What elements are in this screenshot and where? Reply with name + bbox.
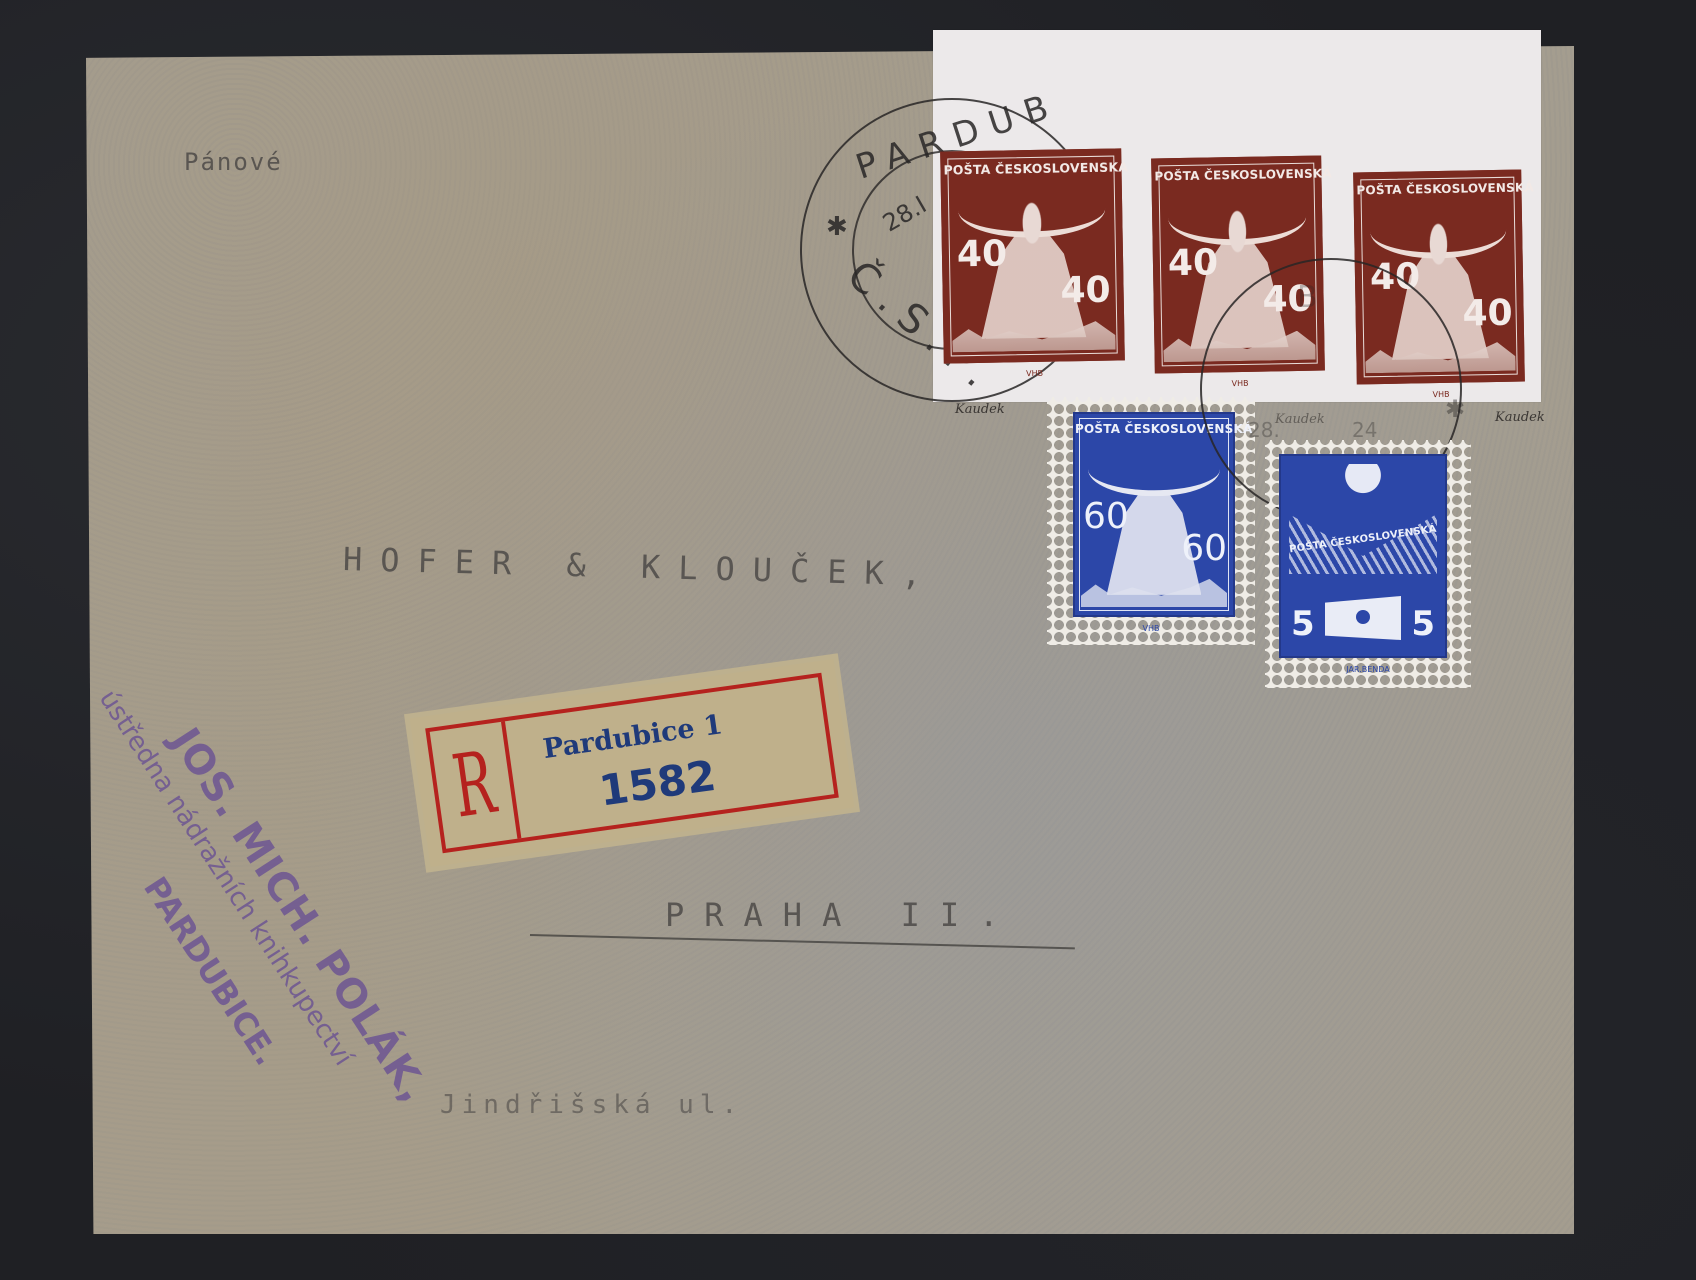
address-street: Jindřišská ul. [440, 1090, 743, 1120]
stamp-5-dove: POŠTA ČESKOSLOVENSKÁ 5 5 JAR.BENDA [1265, 440, 1471, 688]
address-city: PRAHA II. [665, 896, 1018, 934]
registration-letter: R [448, 740, 500, 831]
expert-signature: Kaudek [1495, 410, 1545, 425]
expert-signature: Kaudek [955, 402, 1005, 417]
postmark-star: ✱ [1445, 395, 1465, 423]
registration-number: 1582 [596, 751, 719, 816]
salutation-text: Pánové [184, 148, 283, 176]
stamp-40-1: POŠTA ČESKOSLOVENSKÁ 40 40 VHB [940, 148, 1125, 363]
